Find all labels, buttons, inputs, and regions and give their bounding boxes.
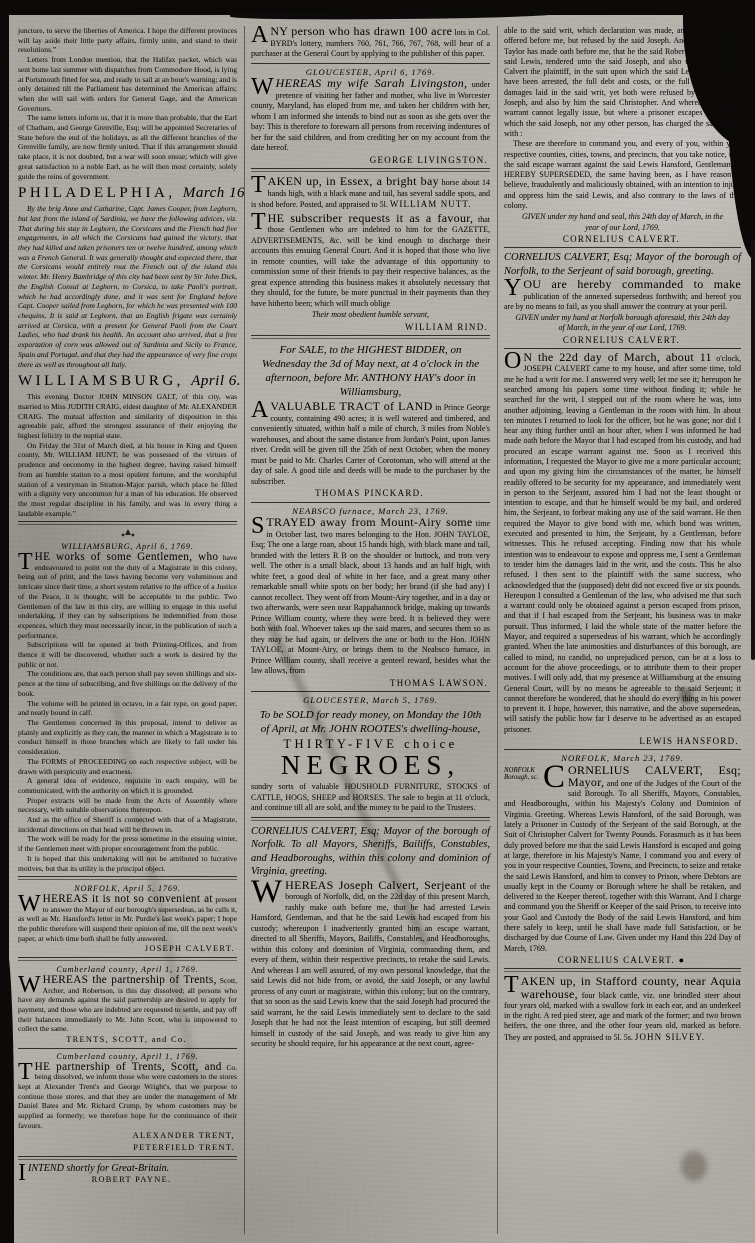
rind-subscriber-request: T HE subscriber requests it as a favour,…: [251, 213, 490, 310]
rind-opening: HE subscriber requests it as a favour,: [268, 211, 474, 225]
dropcap-W: W: [18, 895, 43, 914]
calvert-supersedeas-writ: W HEREAS Joseph Calvert, Serjeant of the…: [251, 880, 490, 1050]
writ-given-line: GIVEN under my hand and seal, this 24th …: [514, 212, 731, 233]
philadelphia-headline: PHILADELPHIA, March 16.: [18, 184, 237, 202]
hansford-body: o'clock, JOSEPH CALVERT came to my house…: [504, 354, 741, 734]
signature-thomas-lawson: THOMAS LAWSON.: [251, 678, 488, 689]
payne-departure-notice: I INTEND shortly for Great-Britain.: [18, 1164, 237, 1174]
stafford-stray-cattle-notice: T AKEN up, in Stafford county, near Aqui…: [504, 976, 741, 1043]
dropcap-A: A: [251, 26, 270, 45]
rule-divider: [251, 168, 490, 172]
proposal-evidence: A general idea of evidence, requisite in…: [18, 776, 237, 795]
rule-divider: [18, 876, 237, 880]
proposal-hope: It is hoped that this undertaking will n…: [18, 854, 237, 873]
nutt-opening: AKEN up, in Essex, a bright bay: [268, 174, 439, 188]
proposal-opening: HE works of some Gentlemen, who: [35, 551, 219, 563]
dropcap-I: I: [18, 1164, 28, 1183]
trents2-opening: HE partnership of Trents, Scott, and: [35, 1061, 222, 1073]
rind-closing: Their most obedient humble servant,: [251, 310, 490, 321]
dropcap-A: A: [251, 401, 270, 420]
trents-stores-notice: T HE partnership of Trents, Scott, and C…: [18, 1063, 237, 1131]
london-news-halifax-packet: Letters from London mention, that the Ha…: [18, 55, 237, 113]
rule-divider: [504, 247, 741, 248]
slave-sale-body: sundry sorts of valuable HOUSHOLD FURNIT…: [251, 782, 490, 814]
serjeant-body: publication of the annexed supersedeas f…: [504, 292, 741, 311]
signature-trents-scott-co: TRENTS, SCOTT, and Co.: [18, 1035, 235, 1045]
signature-robert-payne: ROBERT PAYNE.: [18, 1175, 235, 1185]
signature-george-livingston: GEORGE LIVINGSTON.: [251, 155, 488, 166]
photo-edge-right: [751, 240, 755, 660]
column-middle: A NY person who has drawn 100 acre lots …: [244, 26, 497, 1234]
signature-alexander-trent: ALEXANDER TRENT,: [18, 1131, 235, 1141]
column-left: juncture, to serve the liberties of Amer…: [12, 26, 244, 1234]
proposal-body: have endeavoured to point out the duty o…: [18, 553, 237, 640]
dropcap-C: C: [543, 765, 568, 790]
signature-joseph-calvert: JOSEPH CALVERT.: [18, 944, 235, 954]
proposal-conditions: The conditions are, that each person sha…: [18, 669, 237, 698]
dropcap-Y: Y: [504, 279, 523, 298]
serjeant-opening: OU are hereby commanded to make: [523, 277, 741, 291]
proposal-forms: The FORMS of PROCEEDING on each respecti…: [18, 757, 237, 776]
williamsburg-city: WILLIAMSBURG,: [18, 373, 184, 389]
dropcap-W: W: [251, 78, 276, 97]
signature-william-rind: WILLIAM RIND.: [251, 322, 488, 333]
gloucester-sale-dateline: GLOUCESTER, March 5, 1769.: [251, 695, 490, 706]
dropcap-T: T: [18, 553, 35, 572]
escape-warrant-text: NORFOLK Borough, sc. C ORNELIUS CALVERT,…: [504, 765, 741, 954]
dropcap-W: W: [251, 880, 285, 905]
slave-sale-intro: To be SOLD for ready money, on Monday th…: [255, 708, 486, 736]
philadelphia-date: March 16.: [183, 185, 244, 201]
fleuron-ornament: [18, 529, 237, 539]
strayed-body: time in October last, two mares belongin…: [251, 519, 490, 675]
hunt-death-notice: On Friday the 31st of March died, at his…: [18, 441, 237, 519]
strayed-opening: TRAYED away from Mount-Airy some: [266, 515, 472, 529]
proposal-sheriff: And as the office of Sheriff is connecte…: [18, 815, 237, 834]
trents-dissolution-notice: W HEREAS the partnership of Trents, Scot…: [18, 976, 237, 1034]
serjeant-order-body: Y OU are hereby commanded to make public…: [504, 279, 741, 312]
philadelphia-news: By the brig Anne and Catharine, Capt. Ja…: [18, 204, 237, 369]
page-columns: juncture, to serve the liberties of Amer…: [12, 26, 748, 1234]
sale-opening: VALUABLE TRACT of LAND: [270, 399, 432, 413]
rule-divider: [504, 968, 741, 972]
proposal-press: The work will be ready for the press som…: [18, 834, 237, 853]
galt-marriage-notice: This evening Doctor JOHN MINSON GALT, of…: [18, 392, 237, 441]
writ-body: of the borough of Norfolk, did, on the 2…: [251, 882, 490, 1049]
trents1-opening: HEREAS the partnership of Trents,: [43, 974, 217, 986]
slave-sale-count: THIRTY-FIVE choice: [251, 739, 490, 750]
signature-lewis-hansford: LEWIS HANSFORD.: [504, 736, 739, 746]
byrd-lottery-notice: A NY person who has drawn 100 acre lots …: [251, 26, 490, 60]
writ-opening: HEREAS Joseph Calvert, Serjeant: [285, 878, 466, 892]
london-news-continuation: juncture, to serve the liberties of Amer…: [18, 26, 237, 55]
dropcap-T: T: [251, 213, 268, 232]
proposal-subscriptions: Subscriptions will be opened at both Pri…: [18, 640, 237, 669]
rule-divider: [251, 691, 490, 692]
rind-body: that those Gentlemen who are indebted to…: [251, 215, 490, 308]
dropcap-T: T: [504, 976, 521, 995]
strayed-mares-notice: S TRAYED away from Mount-Airy some time …: [251, 517, 490, 677]
dropcap-T: T: [18, 1063, 35, 1082]
livingston-body: under pretence of visiting her father an…: [251, 80, 490, 152]
column-right: able to the said writ, which declaration…: [497, 26, 748, 1234]
rule-divider: [251, 63, 490, 64]
rule-divider: [18, 1156, 237, 1160]
signature-thomas-pinckard: THOMAS PINCKARD.: [251, 488, 488, 499]
williamsburg-headline: WILLIAMSBURG, April 6.: [18, 372, 237, 390]
london-news-chatham: The same letters inform us, that it is m…: [18, 113, 237, 181]
signature-cornelius-calvert-2: CORNELIUS CALVERT.: [504, 335, 739, 345]
hansford-narrative: O N the 22d day of March, about 11 o'clo…: [504, 352, 741, 735]
rule-divider: [251, 817, 490, 821]
rule-divider: [18, 521, 237, 525]
dropcap-W: W: [18, 976, 43, 995]
norfolk-opening: HEREAS it is not so convenient at: [43, 893, 213, 905]
proposal-opening-para: T HE works of some Gentlemen, who have e…: [18, 553, 237, 640]
calvert-writ-heading: CORNELIUS CALVERT, Esq; Mayor of the bor…: [251, 825, 490, 879]
writ-continuation-2: These are therefore to command you, and …: [504, 139, 741, 211]
rule-divider: [251, 335, 490, 339]
rule-divider: [18, 957, 237, 961]
land-sale-heading: For SALE, to the HIGHEST BIDDER, on Wedn…: [255, 343, 486, 399]
warrant-body: and one of the Judges of the Court of th…: [504, 779, 741, 953]
proposal-gentlemen: The Gentlemen concerned in this proposal…: [18, 718, 237, 757]
philadelphia-city: PHILADELPHIA,: [18, 185, 176, 201]
land-sale-notice: A VALUABLE TRACT of LAND in Prince Georg…: [251, 401, 490, 487]
livingston-elopement-notice: W HEREAS my wife Sarah Livingston, under…: [251, 78, 490, 154]
payne-opening: INTEND shortly for Great-Britain.: [28, 1163, 169, 1174]
serjeant-order-heading: CORNELIUS CALVERT, Esq; Mayor of the bor…: [504, 251, 741, 278]
signature-peterfield-trent: PETERFIELD TRENT.: [18, 1143, 235, 1153]
signature-cornelius-calvert-1: CORNELIUS CALVERT.: [504, 234, 739, 244]
calvert-reply-notice: W HEREAS it is not so convenient at pres…: [18, 895, 237, 944]
sale-body: in Prince George county, containing 490 …: [251, 403, 490, 486]
signature-cornelius-calvert-3: CORNELIUS CALVERT. ●: [504, 955, 739, 965]
hansford-opening: N the 22d day of March, about 11: [523, 350, 712, 364]
slave-sale-display-word: NEGROES,: [251, 750, 490, 780]
dropcap-O: O: [504, 352, 523, 371]
lottery-opening: NY person who has drawn 100 acre: [270, 26, 452, 38]
warrant-side-note: NORFOLK Borough, sc.: [504, 767, 540, 781]
rule-divider: [251, 502, 490, 503]
rule-divider: [504, 348, 741, 349]
proposal-volume: The volume will be printed in octavo, in…: [18, 699, 237, 718]
trents2-body: Co. being dissolved, we inform those who…: [18, 1063, 237, 1130]
signature-john-silvey: JOHN SILVEY.: [635, 1032, 705, 1042]
essex-stray-horse-notice: T AKEN up, in Essex, a bright bay horse …: [251, 176, 490, 211]
dropcap-T: T: [251, 176, 268, 195]
signature-william-nutt: WILLIAM NUTT.: [390, 199, 472, 209]
rule-divider: [504, 749, 741, 750]
livingston-opening: HEREAS my wife Sarah Livingston,: [276, 76, 468, 90]
proposal-extracts: Proper extracts will be made from the Ac…: [18, 796, 237, 815]
serjeant-given-line: GIVEN under my hand at Norfolk borough a…: [514, 313, 731, 334]
williamsburg-date: April 6.: [191, 373, 241, 389]
dropcap-S: S: [251, 517, 266, 536]
rule-divider: [18, 1048, 237, 1049]
